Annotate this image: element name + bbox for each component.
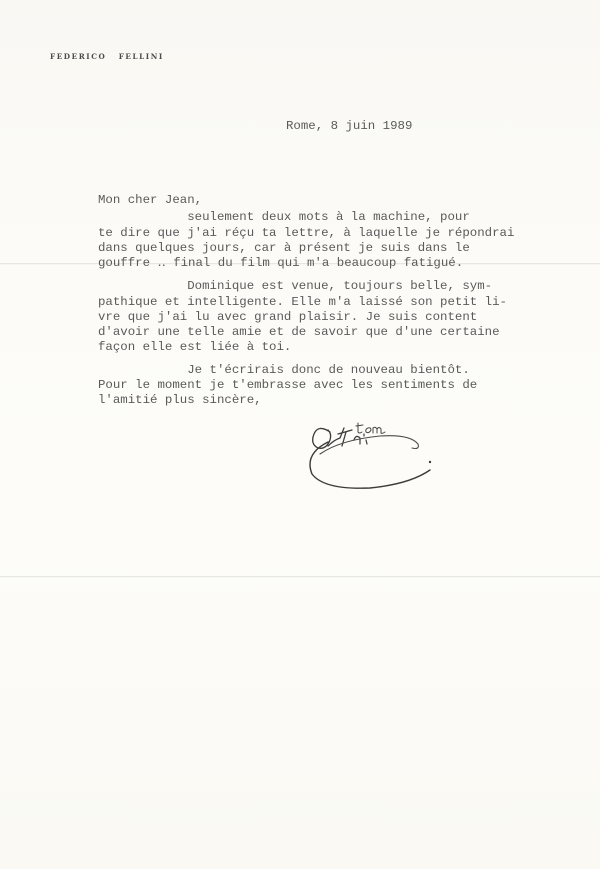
fold-line-lower [0,576,600,578]
paragraph-1-line-4: gouffre ‥ final du film qui m'a beaucoup… [98,256,463,271]
signature-icon [290,410,470,510]
paragraph-2-line-4: d'avoir une telle amie et de savoir que … [98,325,500,340]
paragraph-2-line-5: façon elle est liée à toi. [98,340,291,355]
date-line: Rome, 8 juin 1989 [286,119,412,134]
letterhead: FEDERICO FELLINI [50,52,164,61]
paragraph-1-line-1: seulement deux mots à la machine, pour [98,210,470,225]
paragraph-3-line-3: l'amitié plus sincère, [98,393,262,408]
paragraph-2-line-1: Dominique est venue, toujours belle, sym… [98,279,492,294]
salutation: Mon cher Jean, [98,193,202,208]
paragraph-3-line-1: Je t'écrirais donc de nouveau bientôt. [98,363,470,378]
paragraph-3-line-2: Pour le moment je t'embrasse avec les se… [98,378,477,393]
paragraph-2-line-2: pathique et intelligente. Elle m'a laiss… [98,295,507,310]
paragraph-2-line-3: vre que j'ai lu avec grand plaisir. Je s… [98,310,477,325]
paragraph-1-line-2: te dire que j'ai réçu ta lettre, à laque… [98,226,514,241]
paragraph-1-line-3: dans quelques jours, car à présent je su… [98,241,470,256]
